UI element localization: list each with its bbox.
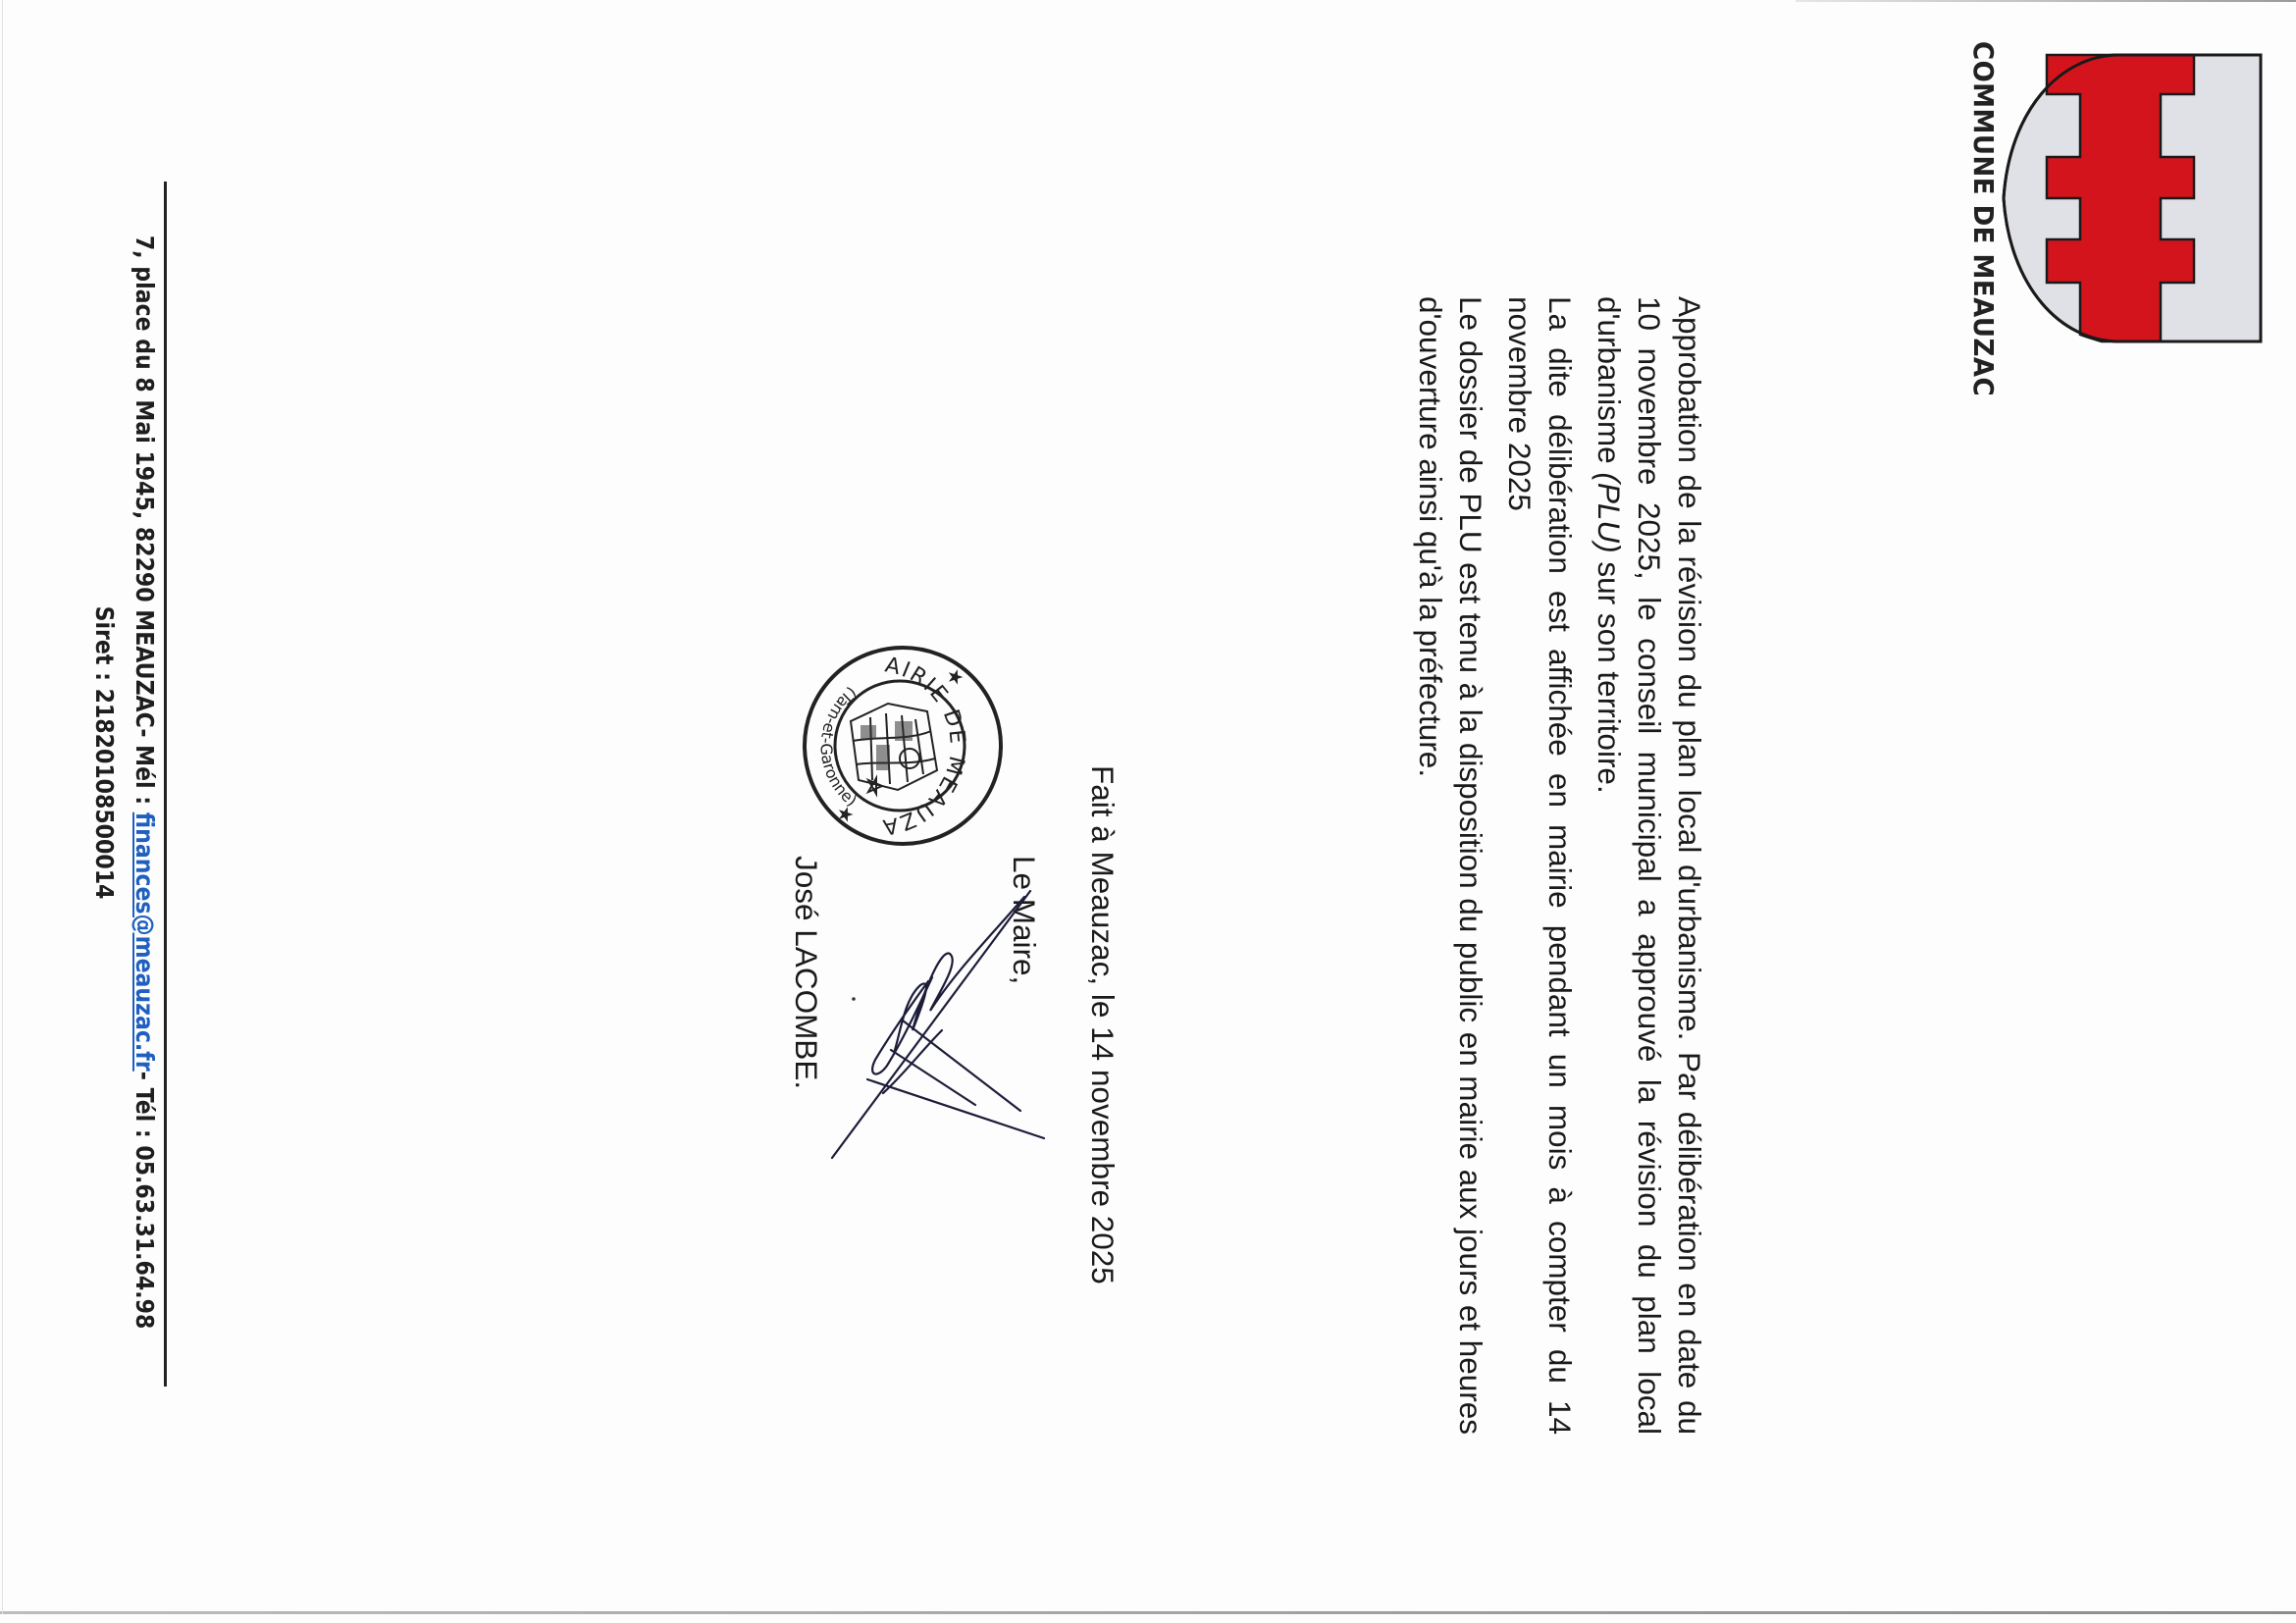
mayor-name: José LACOMBE. xyxy=(788,856,824,1089)
commune-title: COMMUNE DE MEAUZAC xyxy=(1967,41,2000,396)
footer-siret: Siret : 21820108500014 xyxy=(90,606,119,900)
svg-text:★: ★ xyxy=(834,806,856,823)
coat-of-arms-shield-icon xyxy=(2000,51,2267,345)
paragraph-display: La dite délibération est affichée en mai… xyxy=(1499,296,1580,1435)
svg-text:★: ★ xyxy=(944,668,965,686)
handwritten-signature-icon xyxy=(814,883,1050,1178)
footer-phone: - Tél : 05.63.31.64.98 xyxy=(130,1072,159,1330)
official-seal-icon: MAIRIE DE MEAUZAC (Tarn-et-Garonne) ★ ★ xyxy=(800,643,1006,849)
email-link[interactable]: finances@meauzac.fr xyxy=(130,812,159,1072)
notice-body: Approbation de la révision du plan local… xyxy=(1401,296,1709,1435)
plu-abbreviation: (PLU) xyxy=(1592,472,1627,552)
footer-address: 7, place du 8 Mai 1945, 82290 MEAUZAC- M… xyxy=(130,236,159,812)
place-date: Fait à Meauzac, le 14 novembre 2025 xyxy=(1084,765,1121,1284)
document-page: COMMUNE DE MEAUZAC Approbation de la rév… xyxy=(0,0,2296,1623)
paragraph-dossier: Le dossier de PLU est tenu à la disposit… xyxy=(1410,296,1490,1435)
paragraph-approval: Approbation de la révision du plan local… xyxy=(1589,296,1709,1435)
footer-divider xyxy=(164,182,167,1387)
footer-siret-line: Siret : 21820108500014 xyxy=(90,0,119,1623)
footer-contact-line: 7, place du 8 Mai 1945, 82290 MEAUZAC- M… xyxy=(130,0,159,1623)
